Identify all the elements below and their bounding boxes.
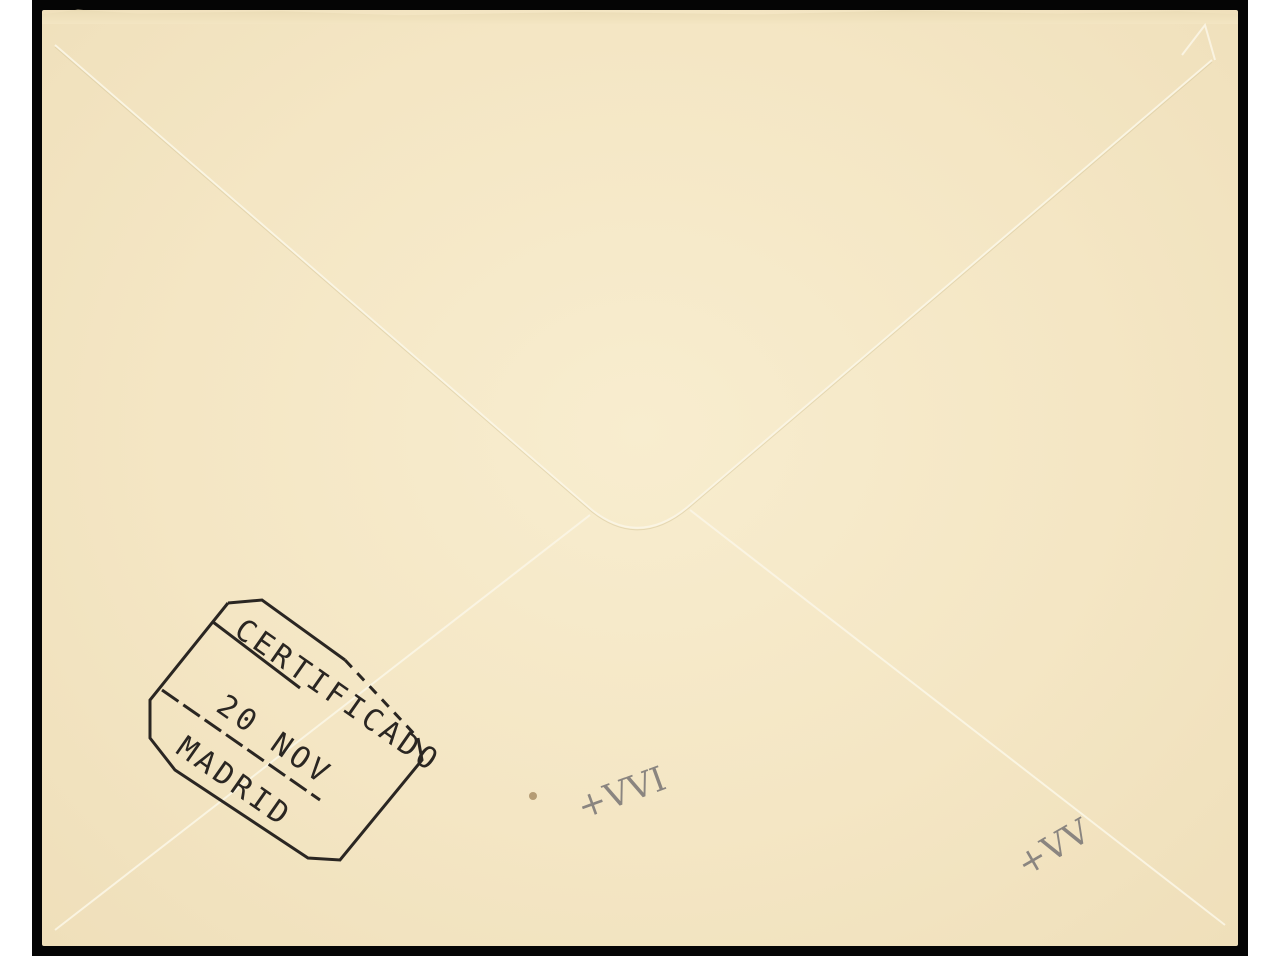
envelope-fold-lines xyxy=(0,0,1276,956)
